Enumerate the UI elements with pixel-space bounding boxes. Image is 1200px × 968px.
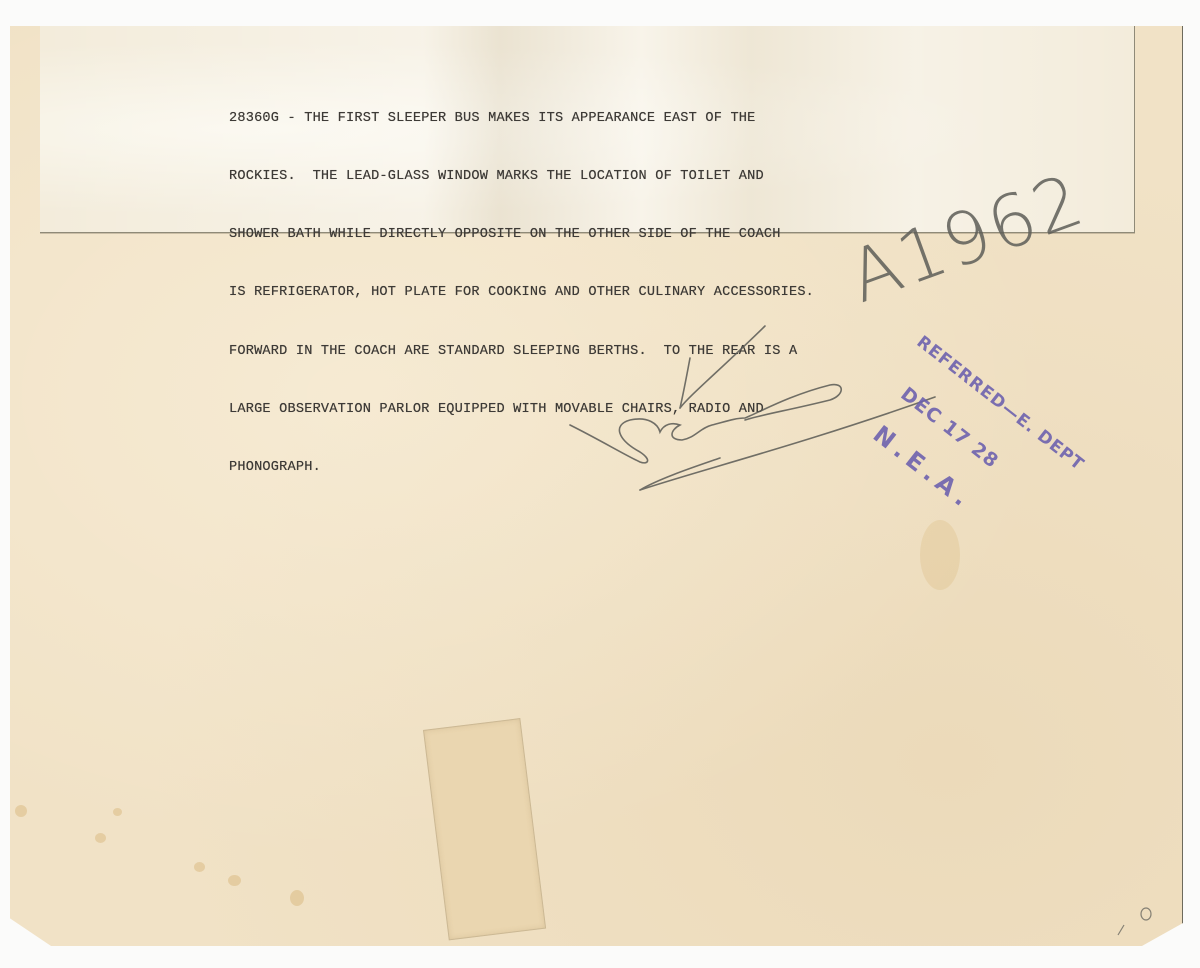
stain	[95, 833, 106, 843]
caption-line: 28360G - THE FIRST SLEEPER BUS MAKES ITS…	[229, 109, 989, 128]
stain	[113, 808, 122, 816]
stain	[15, 805, 27, 817]
stain	[228, 875, 241, 886]
caption-line: PHONOGRAPH.	[229, 458, 989, 477]
stain	[290, 890, 304, 906]
stain	[194, 862, 205, 872]
caption-line: FORWARD IN THE COACH ARE STANDARD SLEEPI…	[229, 342, 989, 361]
caption-line: ROCKIES. THE LEAD-GLASS WINDOW MARKS THE…	[229, 167, 989, 186]
caption-line: LARGE OBSERVATION PARLOR EQUIPPED WITH M…	[229, 400, 989, 419]
stain	[920, 520, 960, 590]
